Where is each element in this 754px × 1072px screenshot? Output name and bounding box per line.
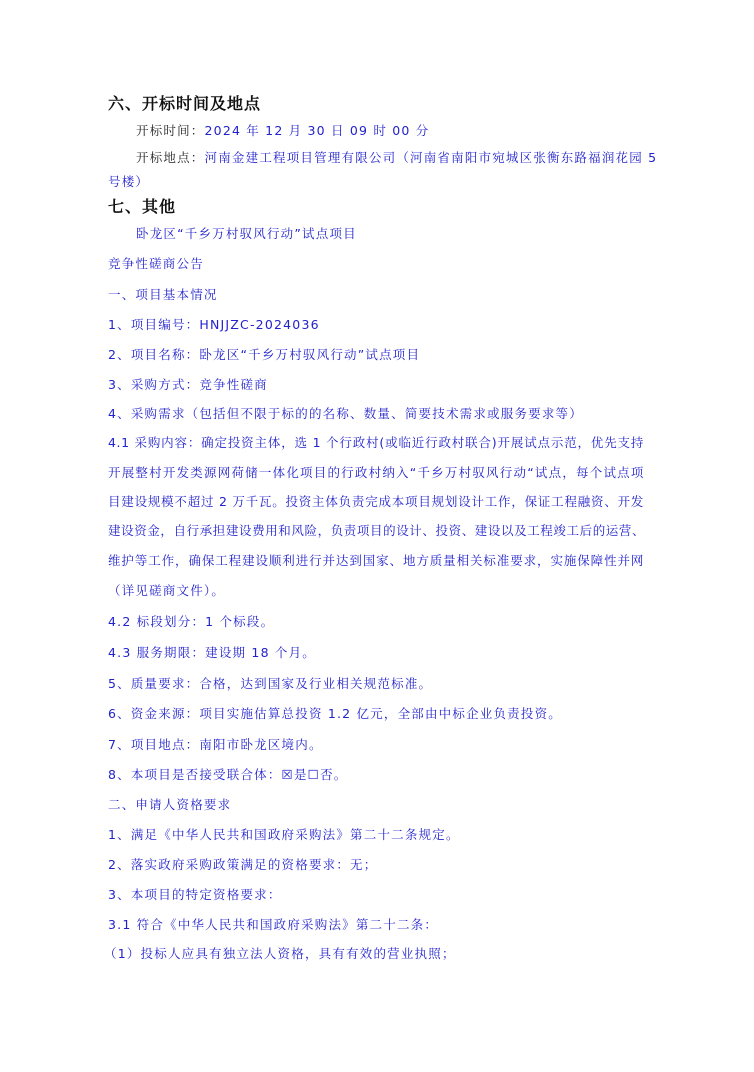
item-quality-requirement: 5、质量要求：合格，达到国家及行业相关规范标准。	[108, 676, 432, 692]
document-page: 六、开标时间及地点 开标时间：2024 年 12 月 30 日 09 时 00 …	[0, 0, 754, 1072]
item-lot-division: 4.2 标段划分：1 个标段。	[108, 614, 274, 630]
item-consortium: 8、本项目是否接受联合体：☒是☐否。	[108, 767, 347, 783]
part2-heading: 二、申请人资格要求	[108, 797, 231, 813]
item-project-name: 2、项目名称：卧龙区“千乡万村驭风行动”试点项目	[108, 347, 420, 363]
qualification-3-1-a: （1）投标人应具有独立法人资格，具有有效的营业执照；	[104, 946, 456, 962]
item41-line-2: 开展整村开发类源网荷储一体化项目的行政村纳入“千乡万村驭风行动“试点，每个试点项	[108, 465, 644, 481]
announcement-title: 竞争性磋商公告	[108, 256, 204, 272]
qualification-3: 3、本项目的特定资格要求：	[108, 887, 282, 903]
item-funding-source: 6、资金来源：项目实施估算总投资 1.2 亿元，全部由中标企业负责投资。	[108, 706, 562, 722]
opening-time-line: 开标时间：2024 年 12 月 30 日 09 时 00 分	[136, 123, 429, 139]
item41-line-3: 目建设规模不超过 2 万千瓦。投资主体负责完成本项目规划设计工作，保证工程融资、…	[108, 494, 644, 510]
qualification-2: 2、落实政府采购政策满足的资格要求：无；	[108, 857, 377, 873]
item41-line-6: （详见磋商文件）。	[108, 583, 225, 599]
item41-line-5: 维护等工作，确保工程建设顺利进行并达到国家、地方质量相关标准要求，实施保障性并网	[108, 553, 644, 569]
item41-line-4: 建设资金，自行承担建设费用和风险，负责项目的设计、投资、建设以及工程竣工后的运营…	[108, 523, 644, 539]
qualification-3-1: 3.1 符合《中华人民共和国政府采购法》第二十二条：	[108, 917, 438, 933]
project-title: 卧龙区“千乡万村驭风行动”试点项目	[136, 226, 357, 242]
section-heading-opening: 六、开标时间及地点	[108, 96, 261, 112]
item-project-number: 1、项目编号：HNJJZC-2024036	[108, 317, 320, 333]
item-procurement-requirements: 4、采购需求（包括但不限于标的的名称、数量、简要技术需求或服务要求等）	[108, 406, 583, 422]
opening-time-value: 2024 年 12 月 30 日 09 时 00 分	[205, 123, 430, 138]
qualification-1: 1、满足《中华人民共和国政府采购法》第二十二条规定。	[108, 827, 460, 843]
opening-place-line: 开标地点：河南金建工程项目管理有限公司（河南省南阳市宛城区张衡东路福润花园 5	[136, 150, 657, 166]
part1-heading: 一、项目基本情况	[108, 287, 218, 303]
opening-place-label: 开标地点：	[136, 150, 205, 165]
item41-line-1: 4.1 采购内容：确定投资主体，选 1 个行政村(或临近行政村联合)开展试点示范…	[108, 435, 644, 451]
opening-place-value: 河南金建工程项目管理有限公司（河南省南阳市宛城区张衡东路福润花园 5	[205, 150, 658, 165]
item-project-location: 7、项目地点：南阳市卧龙区境内。	[108, 737, 323, 753]
item-service-period: 4.3 服务期限：建设期 18 个月。	[108, 645, 316, 661]
opening-time-label: 开标时间：	[136, 123, 205, 138]
section-heading-other: 七、其他	[108, 199, 176, 215]
item-procurement-method: 3、采购方式：竞争性磋商	[108, 377, 268, 393]
opening-place-continuation: 号楼）	[108, 174, 149, 190]
